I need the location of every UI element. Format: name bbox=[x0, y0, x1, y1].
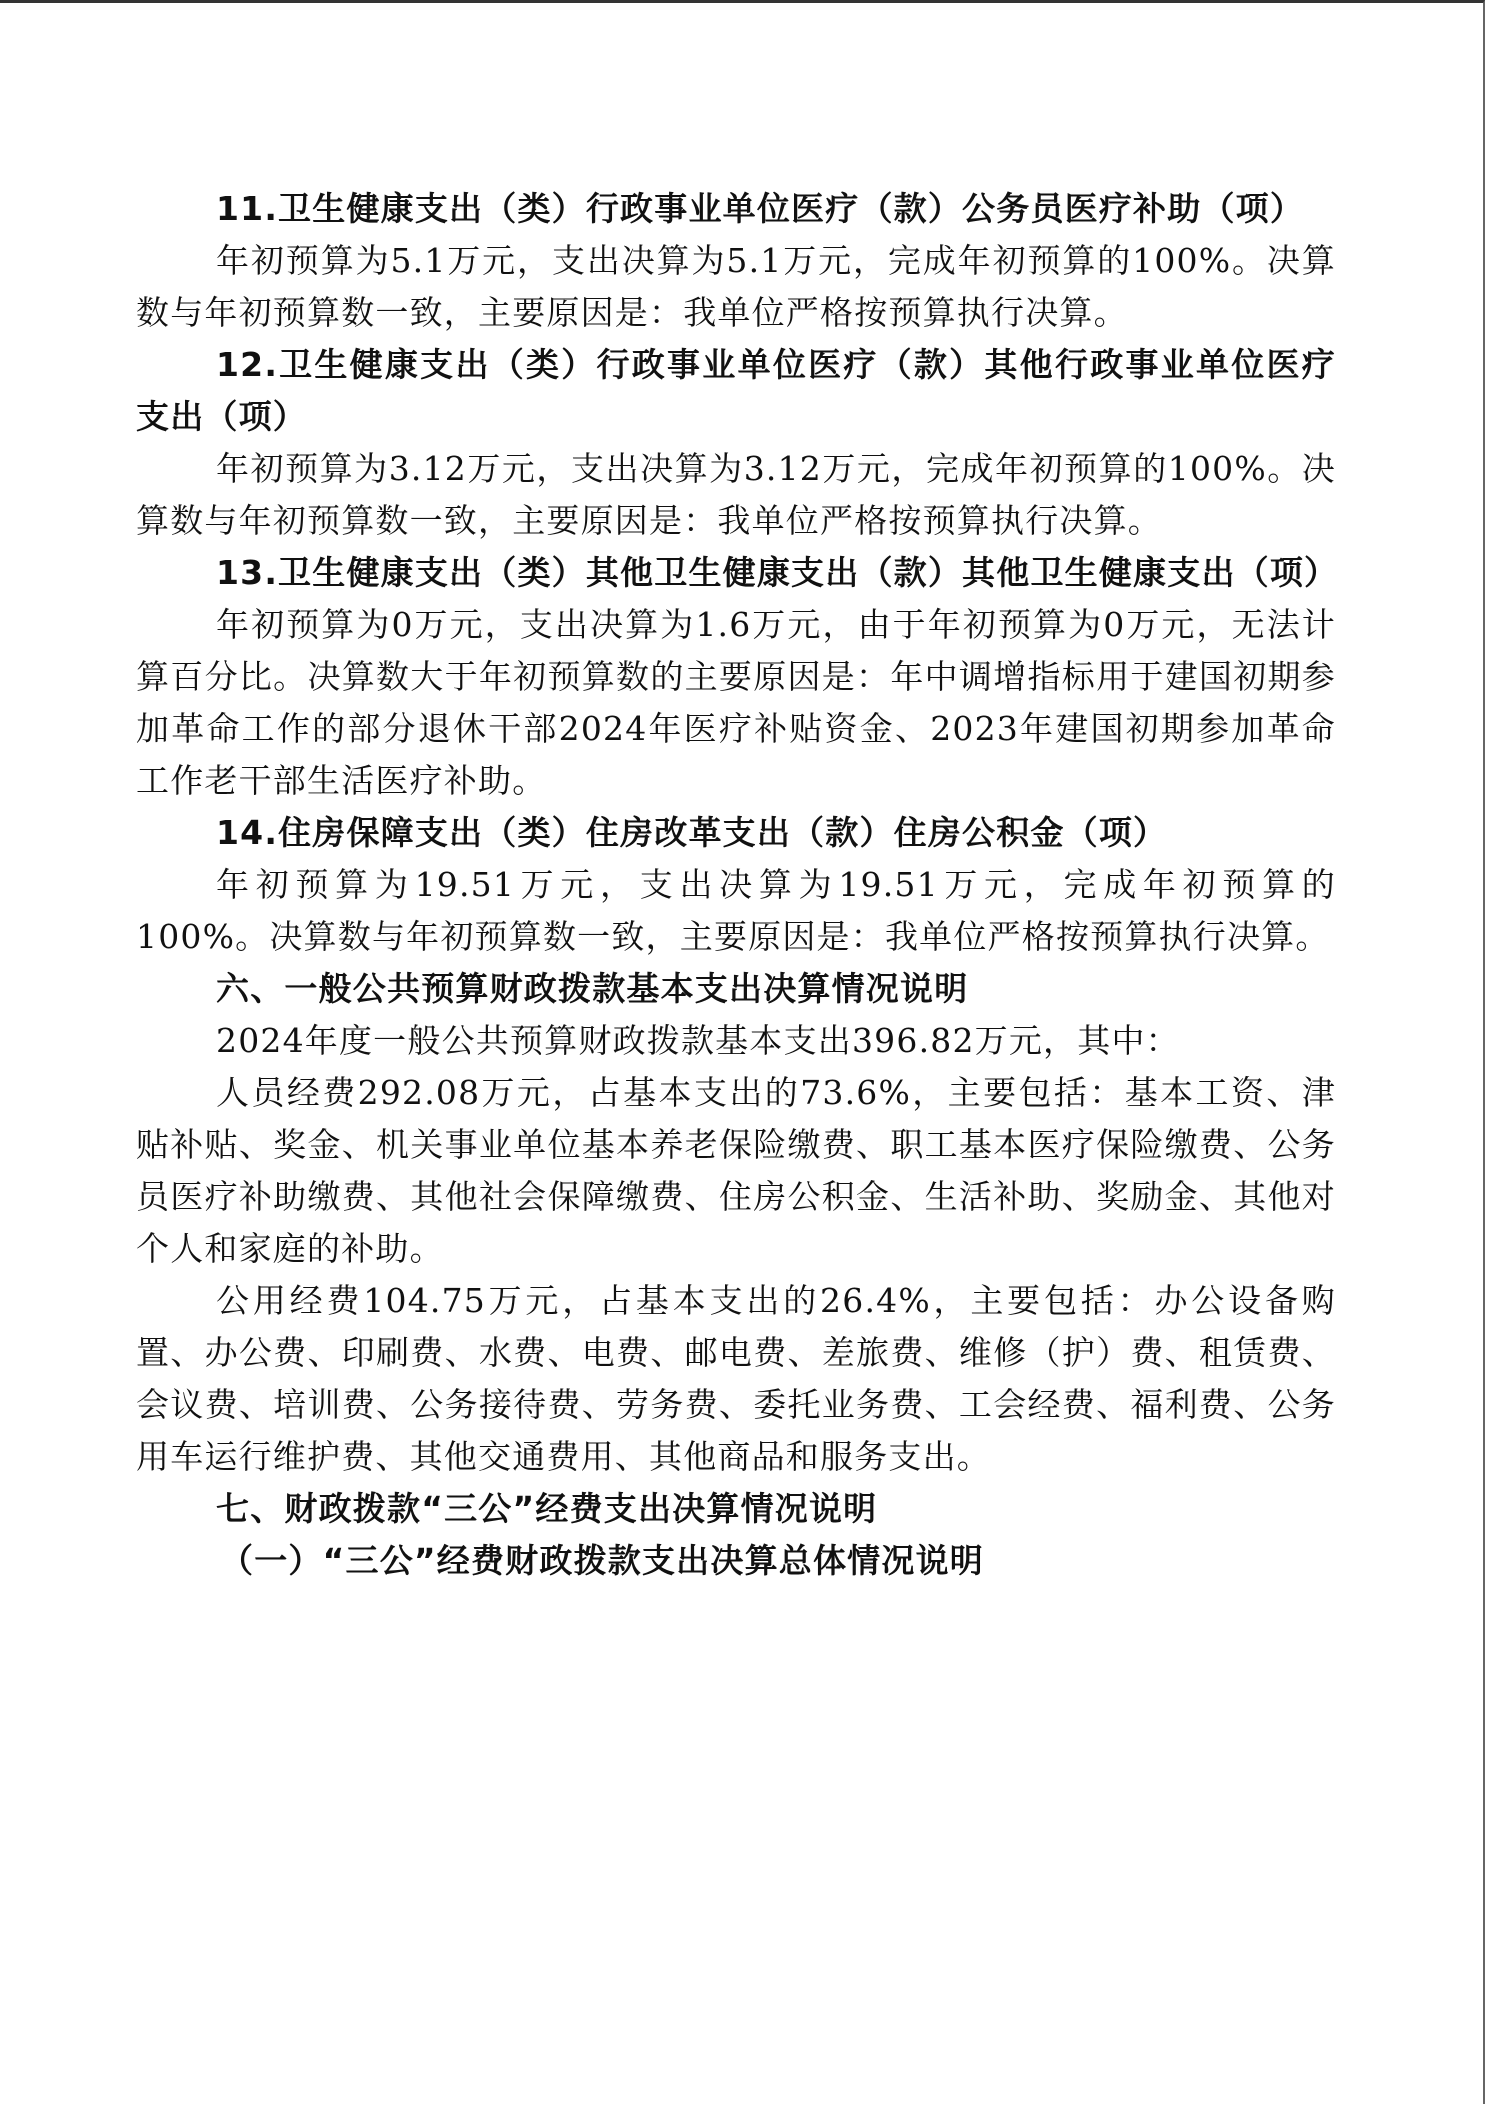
item-12-body: 年初预算为3.12万元，支出决算为3.12万元，完成年初预算的100%。决算数与… bbox=[136, 443, 1336, 547]
item-14-heading: 14.住房保障支出（类）住房改革支出（款）住房公积金（项） bbox=[136, 807, 1336, 859]
item-12-heading: 12.卫生健康支出（类）行政事业单位医疗（款）其他行政事业单位医疗支出（项） bbox=[136, 339, 1336, 443]
section-6-title: 六、一般公共预算财政拨款基本支出决算情况说明 bbox=[136, 963, 1336, 1015]
item-14-body: 年初预算为19.51万元，支出决算为19.51万元，完成年初预算的100%。决算… bbox=[136, 859, 1336, 963]
item-11-heading: 11.卫生健康支出（类）行政事业单位医疗（款）公务员医疗补助（项） bbox=[136, 183, 1336, 235]
item-11-body: 年初预算为5.1万元，支出决算为5.1万元，完成年初预算的100%。决算数与年初… bbox=[136, 235, 1336, 339]
section-7-subtitle: （一）“三公”经费财政拨款支出决算总体情况说明 bbox=[136, 1535, 1336, 1587]
section-6-summary: 2024年度一般公共预算财政拨款基本支出396.82万元，其中： bbox=[136, 1015, 1336, 1067]
item-13-body: 年初预算为0万元，支出决算为1.6万元，由于年初预算为0万元，无法计算百分比。决… bbox=[136, 599, 1336, 807]
item-13-heading: 13.卫生健康支出（类）其他卫生健康支出（款）其他卫生健康支出（项） bbox=[136, 547, 1336, 599]
section-6-public: 公用经费104.75万元，占基本支出的26.4%，主要包括：办公设备购置、办公费… bbox=[136, 1275, 1336, 1483]
document-body: 11.卫生健康支出（类）行政事业单位医疗（款）公务员医疗补助（项） 年初预算为5… bbox=[136, 183, 1336, 1587]
section-7-title: 七、财政拨款“三公”经费支出决算情况说明 bbox=[136, 1483, 1336, 1535]
section-6-personnel: 人员经费292.08万元，占基本支出的73.6%，主要包括：基本工资、津贴补贴、… bbox=[136, 1067, 1336, 1275]
